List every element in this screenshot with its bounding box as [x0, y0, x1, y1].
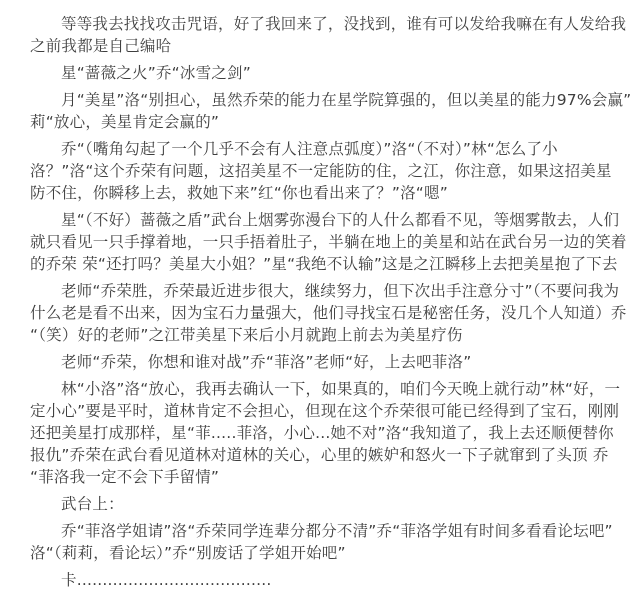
text-line: 乔“（嘴角勾起了一个几乎不会有人注意点弧度）”洛“（不对）”林“怎么了小 [30, 138, 614, 160]
paragraph: 林“小洛”洛“放心，我再去确认一下，如果真的，咱们今天晚上就行动”林“好，一定小… [30, 378, 614, 488]
paragraph: 星“（不好）蔷薇之盾”武台上烟雾弥漫台下的人什么都看不见，等烟雾散去，人们就只看… [30, 209, 614, 275]
text-line: 莉“放心，美星肯定会赢的” [30, 111, 614, 133]
text-line: 乔“菲洛学姐请”洛“乔荣同学连辈分都分不清”乔“菲洛学姐有时间多看看论坛吧” [30, 520, 614, 542]
text-line: 洛？”洛“这个乔荣有问题，这招美星不一定能防的住，之江，你注意，如果这招美星 [30, 160, 614, 182]
paragraph: 老师“乔荣胜，乔荣最近进步很大，继续努力，但下次出手注意分寸”（不要问我为什么老… [30, 280, 614, 346]
text-line: 月“美星”洛“别担心，虽然乔荣的能力在星学院算强的，但以美星的能力97%会赢” [30, 89, 614, 111]
paragraph: 老师“乔荣，你想和谁对战”乔“菲洛”老师“好，上去吧菲洛” [30, 351, 614, 373]
paragraph: 星“蔷薇之火”乔“冰雪之剑” [30, 62, 614, 84]
text-line: 卡...................................... [30, 569, 614, 591]
text-line: 还把美星打成那样，星“菲.....菲洛，小心...她不对”洛“我知道了，我上去还… [30, 422, 614, 444]
paragraph: 武台上： [30, 493, 614, 515]
text-line: 等等我去找找攻击咒语，好了我回来了，没找到，谁有可以发给我嘛在有人发给我 [30, 13, 614, 35]
text-line: 星“（不好）蔷薇之盾”武台上烟雾弥漫台下的人什么都看不见，等烟雾散去，人们 [30, 209, 614, 231]
text-line: 林“小洛”洛“放心，我再去确认一下，如果真的，咱们今天晚上就行动”林“好，一 [30, 378, 614, 400]
text-line: 洛“（莉莉，看论坛）”乔“别废话了学姐开始吧” [30, 542, 614, 564]
text-line: “（笑）好的老师”之江带美星下来后小月就跑上前去为美星疗伤 [30, 324, 614, 346]
paragraph: 等等我去找找攻击咒语，好了我回来了，没找到，谁有可以发给我嘛在有人发给我之前我都… [30, 13, 614, 57]
paragraph: 卡...................................... [30, 569, 614, 591]
paragraph: 月“美星”洛“别担心，虽然乔荣的能力在星学院算强的，但以美星的能力97%会赢”莉… [30, 89, 614, 133]
text-line: 老师“乔荣，你想和谁对战”乔“菲洛”老师“好，上去吧菲洛” [30, 351, 614, 373]
text-line: 老师“乔荣胜，乔荣最近进步很大，继续努力，但下次出手注意分寸”（不要问我为 [30, 280, 614, 302]
text-line: 防不住，你瞬移上去，救她下来”红“你也看出来了？”洛“嗯” [30, 182, 614, 204]
text-line: 就只看见一只手撑着地，一只手捂着肚子，半躺在地上的美星和站在武台另一边的笑着 [30, 231, 614, 253]
document-page: 等等我去找找攻击咒语，好了我回来了，没找到，谁有可以发给我嘛在有人发给我之前我都… [0, 0, 640, 602]
text-line: 报仇”乔荣在武台看见道林对道林的关心，心里的嫉妒和怒火一下子就窜到了头顶 乔 [30, 444, 614, 466]
text-line: 之前我都是自己编哈 [30, 35, 614, 57]
story-text: 等等我去找找攻击咒语，好了我回来了，没找到，谁有可以发给我嘛在有人发给我之前我都… [30, 13, 614, 591]
text-line: “菲洛我一定不会下手留情” [30, 466, 614, 488]
text-line: 星“蔷薇之火”乔“冰雪之剑” [30, 62, 614, 84]
text-line: 定小心”要是平时，道林肯定不会担心，但现在这个乔荣很可能已经得到了宝石，刚刚 [30, 400, 614, 422]
text-line: 的乔荣 荣“还打吗？美星大小姐？”星“我绝不认输”这是之江瞬移上去把美星抱了下去 [30, 253, 614, 275]
paragraph: 乔“（嘴角勾起了一个几乎不会有人注意点弧度）”洛“（不对）”林“怎么了小洛？”洛… [30, 138, 614, 204]
text-line: 武台上： [30, 493, 614, 515]
text-line: 什么老是看不出来，因为宝石力量强大，他们寻找宝石是秘密任务，没几个人知道）乔 [30, 302, 614, 324]
paragraph: 乔“菲洛学姐请”洛“乔荣同学连辈分都分不清”乔“菲洛学姐有时间多看看论坛吧”洛“… [30, 520, 614, 564]
